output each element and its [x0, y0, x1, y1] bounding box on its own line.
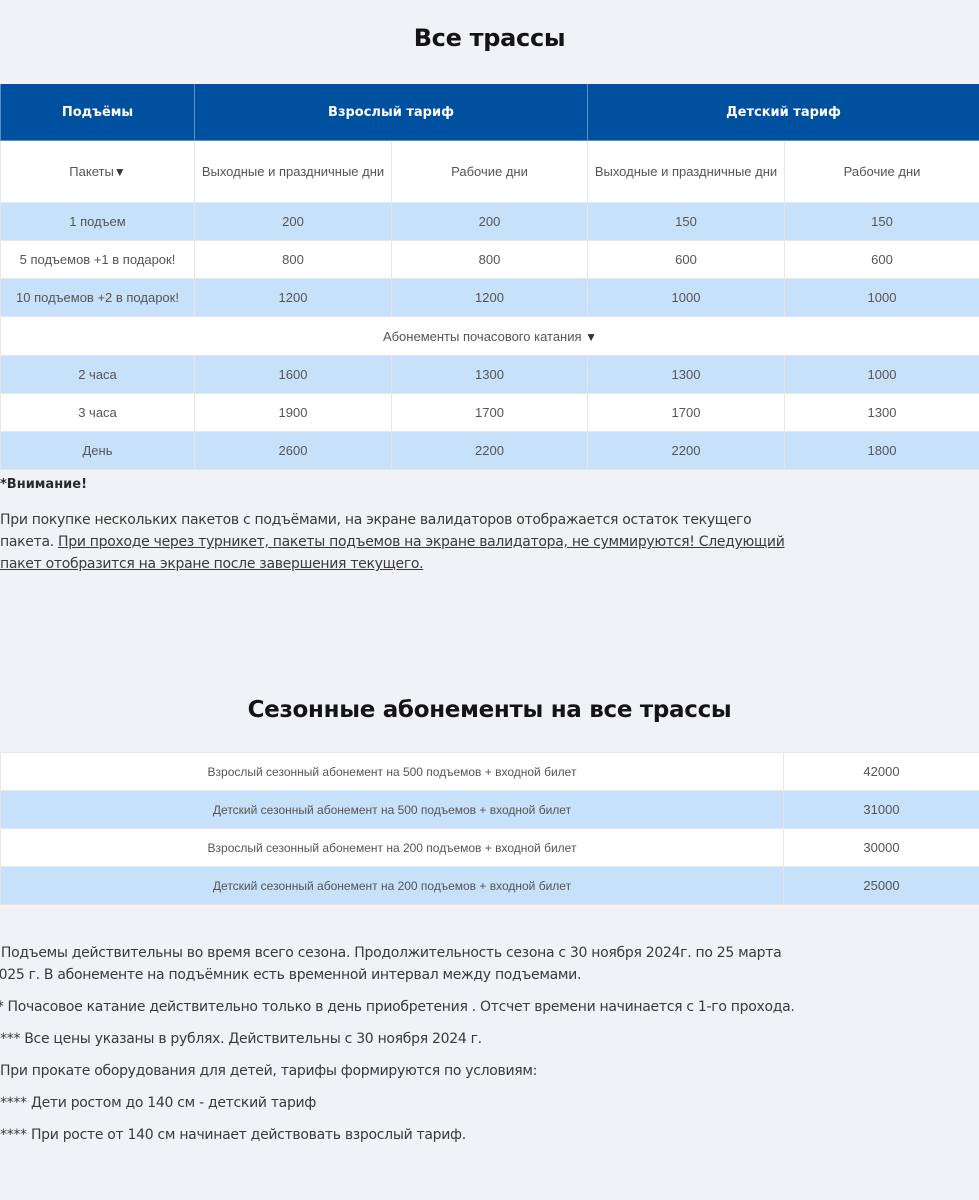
season-pass-price: 31000: [784, 791, 979, 829]
hourly-section-label: Абонементы почасового катания: [383, 329, 582, 344]
footnote: *** Все цены указаны в рублях. Действите…: [0, 1028, 810, 1050]
hourly-rows: 2 часа16001300130010003 часа190017001700…: [1, 356, 979, 470]
season-pass-name: Детский сезонный абонемент на 200 подъем…: [1, 867, 784, 905]
packages-toggle[interactable]: Пакеты▼: [1, 141, 195, 203]
season-pass-name: Взрослый сезонный абонемент на 500 подъе…: [1, 753, 784, 791]
child-weekend-price: 1300: [588, 356, 785, 394]
header-adult-tariff: Взрослый тариф: [195, 84, 588, 141]
adult-weekday-price: 1300: [392, 356, 588, 394]
footnote: При прокате оборудования для детей, тари…: [0, 1060, 810, 1082]
adult-weekend-price: 2600: [195, 432, 392, 470]
warning-title: *Внимание!: [0, 477, 87, 492]
child-weekend-price: 2200: [588, 432, 785, 470]
adult-weekday-price: 800: [392, 241, 588, 279]
row-name: День: [1, 432, 195, 470]
subheader-adult-weekend: Выходные и праздничные дни: [195, 141, 392, 203]
header-child-tariff: Детский тариф: [588, 84, 979, 141]
subheader-child-weekend: Выходные и праздничные дни: [588, 141, 785, 203]
table-row: 1 подъем200200150150: [1, 203, 979, 241]
season-pass-price: 25000: [784, 867, 979, 905]
row-name: 1 подъем: [1, 203, 195, 241]
season-row: Взрослый сезонный абонемент на 200 подъе…: [1, 829, 979, 867]
child-weekday-price: 150: [785, 203, 979, 241]
hourly-section-toggle[interactable]: Абонементы почасового катания ▼: [1, 317, 979, 356]
header-lifts: Подъёмы: [1, 84, 195, 141]
tariffs-table: Подъёмы Взрослый тариф Детский тариф Пак…: [0, 84, 979, 470]
season-pass-name: Детский сезонный абонемент на 500 подъем…: [1, 791, 784, 829]
season-pass-price: 42000: [784, 753, 979, 791]
child-weekday-price: 1800: [785, 432, 979, 470]
footnote: **** Дети ростом до 140 см - детский тар…: [0, 1092, 810, 1114]
adult-weekday-price: 1200: [392, 279, 588, 317]
row-name: 10 подъемов +2 в подарок!: [1, 279, 195, 317]
row-name: 3 часа: [1, 394, 195, 432]
table-row: 3 часа1900170017001300: [1, 394, 979, 432]
season-pass-price: 30000: [784, 829, 979, 867]
child-weekend-price: 1000: [588, 279, 785, 317]
adult-weekday-price: 200: [392, 203, 588, 241]
child-weekend-price: 150: [588, 203, 785, 241]
season-row: Детский сезонный абонемент на 500 подъем…: [1, 791, 979, 829]
adult-weekday-price: 1700: [392, 394, 588, 432]
table-row: 5 подъемов +1 в подарок!800800600600: [1, 241, 979, 279]
footnote: **** При росте от 140 см начинает действ…: [0, 1124, 810, 1146]
adult-weekend-price: 1900: [195, 394, 392, 432]
adult-weekend-price: 1200: [195, 279, 392, 317]
season-pass-name: Взрослый сезонный абонемент на 200 подъе…: [1, 829, 784, 867]
child-weekday-price: 1300: [785, 394, 979, 432]
row-name: 2 часа: [1, 356, 195, 394]
packages-label: Пакеты: [69, 164, 114, 179]
triangle-down-icon: ▼: [114, 165, 126, 179]
warning-text: При покупке нескольких пакетов с подъёма…: [0, 509, 790, 575]
packages-rows: 1 подъем2002001501505 подъемов +1 в пода…: [1, 203, 979, 317]
season-table: Взрослый сезонный абонемент на 500 подъе…: [0, 752, 979, 905]
subheader-child-weekday: Рабочие дни: [785, 141, 979, 203]
triangle-down-icon: ▼: [585, 330, 597, 344]
child-weekday-price: 1000: [785, 279, 979, 317]
season-row: Детский сезонный абонемент на 200 подъем…: [1, 867, 979, 905]
table-row: 2 часа1600130013001000: [1, 356, 979, 394]
child-weekday-price: 600: [785, 241, 979, 279]
table-row: День2600220022001800: [1, 432, 979, 470]
adult-weekend-price: 1600: [195, 356, 392, 394]
adult-weekend-price: 200: [195, 203, 392, 241]
child-weekday-price: 1000: [785, 356, 979, 394]
subheader-adult-weekday: Рабочие дни: [392, 141, 588, 203]
warning-text-underlined: При проходе через турникет, пакеты подъе…: [0, 534, 785, 572]
footnote: * Подъемы действительны во время всего с…: [0, 942, 810, 986]
footnotes: * Подъемы действительны во время всего с…: [0, 942, 810, 1156]
adult-weekday-price: 2200: [392, 432, 588, 470]
page-title: Все трассы: [0, 16, 979, 58]
adult-weekend-price: 800: [195, 241, 392, 279]
row-name: 5 подъемов +1 в подарок!: [1, 241, 195, 279]
season-title: Сезонные абонементы на все трассы: [0, 693, 979, 727]
table-row: 10 подъемов +2 в подарок!120012001000100…: [1, 279, 979, 317]
child-weekend-price: 600: [588, 241, 785, 279]
footnote: ** Почасовое катание действительно тольк…: [0, 996, 810, 1018]
season-row: Взрослый сезонный абонемент на 500 подъе…: [1, 753, 979, 791]
child-weekend-price: 1700: [588, 394, 785, 432]
